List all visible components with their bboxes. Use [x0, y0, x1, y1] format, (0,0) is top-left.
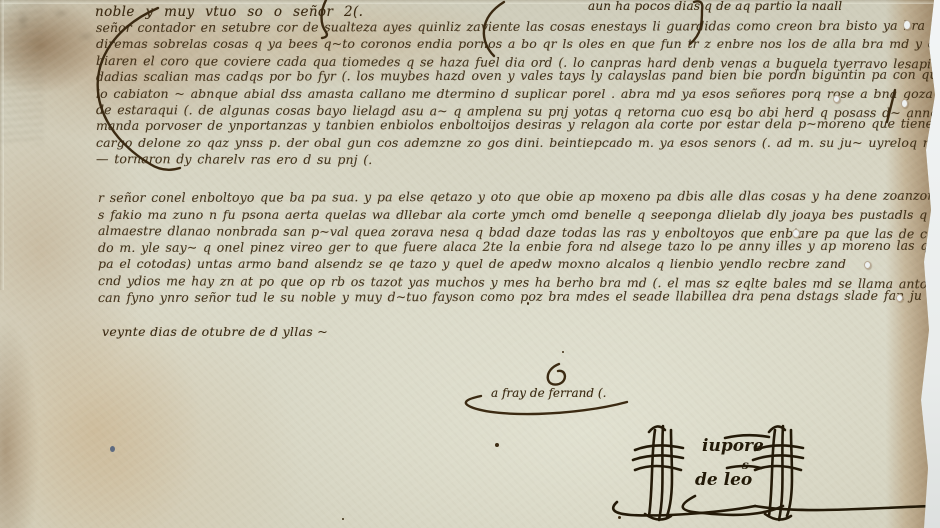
manuscript-line: pa el cotodas) untas armo band alsendz s…	[98, 256, 936, 273]
manuscript-scan: noble y muy vtuo so o señor 2(. aun ha p…	[0, 0, 940, 528]
worm-hole	[901, 99, 908, 108]
manuscript-line: manda porvoser de ynportanzas y tanbien …	[96, 116, 936, 135]
ink-speck	[495, 443, 499, 447]
manuscript-line: can fyno ynro señor tud le su noble y mu…	[98, 287, 936, 306]
manuscript-line: cargo delone zo qaz ynss p. der obal gun…	[96, 135, 936, 151]
paragraph-2: r señor conel enboltoyo que ba pa sua. y…	[98, 190, 936, 306]
manuscript-line: s fakio ma zuno n fu psona aerta quelas …	[98, 207, 936, 224]
manuscript-line: lo cabiaton ~ abnque abial dss amasta ca…	[96, 86, 936, 102]
rubric-signature: iupore s de leo	[605, 416, 940, 528]
ink-speck	[562, 351, 564, 353]
manuscript-page: noble y muy vtuo so o señor 2(. aun ha p…	[0, 0, 940, 528]
manuscript-line: r señor conel enboltoyo que ba pa sua. y…	[98, 188, 936, 207]
salutation-line: noble y muy vtuo so o señor 2(.	[95, 4, 363, 20]
date-line: veynte dias de otubre de d yllas ~	[102, 324, 328, 339]
rubric-flourish	[605, 416, 940, 528]
manuscript-line: señor contador en setubre cor de sualtez…	[96, 18, 936, 37]
manuscript-line: do m. yle say~ q onel pinez vireo ger to…	[98, 237, 936, 256]
worm-hole	[903, 20, 911, 30]
manuscript-line: diremas sobrelas cosas q ya bees q~to co…	[96, 36, 936, 52]
manuscript-line: — tornaron dy charelv ras ero d su pnj (…	[96, 151, 936, 171]
paragraph-1: señor contador en setubre cor de sualtez…	[96, 20, 936, 168]
marginal-note: aun ha pocos dias q de aq partio la naal…	[588, 0, 842, 13]
rubric-text-line2: de leo	[695, 470, 752, 490]
ink-speck	[527, 302, 529, 305]
worm-hole	[896, 294, 903, 302]
ink-speck	[342, 518, 344, 520]
ink-blot-blue	[110, 446, 115, 452]
rubric-text-line1: iupore	[702, 436, 764, 456]
worm-hole	[792, 229, 800, 238]
docket-signature: a fray de ferrand (.	[455, 360, 655, 422]
worm-hole	[864, 261, 871, 269]
ink-speck	[618, 516, 621, 519]
manuscript-line: dadias scalian mas cadqs por bo fyr (. l…	[96, 67, 936, 86]
docket-text: a fray de ferrand (.	[491, 386, 606, 400]
worm-hole	[833, 95, 840, 103]
